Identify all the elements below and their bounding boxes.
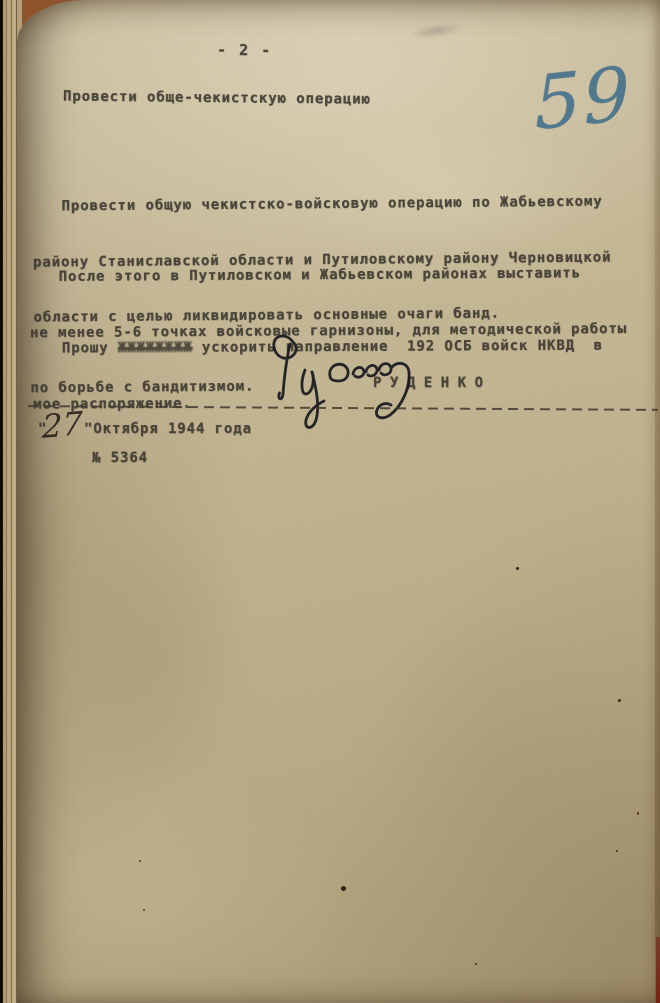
document-heading: Провести обще-чекистскую операцию [63, 87, 371, 109]
page-number: - 2 - [217, 41, 272, 60]
paragraph-line: Провести общую чекистско-войсковую опера… [32, 192, 611, 216]
text-segment: Прошу [33, 340, 118, 356]
document-number: № 5364 [92, 449, 148, 468]
paper-sheet [17, 0, 660, 1003]
date-line: "Октября 1944 года [84, 420, 252, 439]
book-cover-edge [656, 937, 660, 1003]
paragraph-line: После этого в Путиловском и Жабьевском р… [30, 264, 627, 287]
struck-out-word: ЖЖЖЖЖЖЖЖ [118, 339, 193, 358]
scanned-document: - 2 - 59 Провести обще-чекистскую операц… [0, 0, 660, 1003]
handwritten-archive-number: 59 [533, 51, 634, 147]
handwritten-day: 27 [42, 404, 83, 446]
signature-autograph [250, 332, 500, 442]
